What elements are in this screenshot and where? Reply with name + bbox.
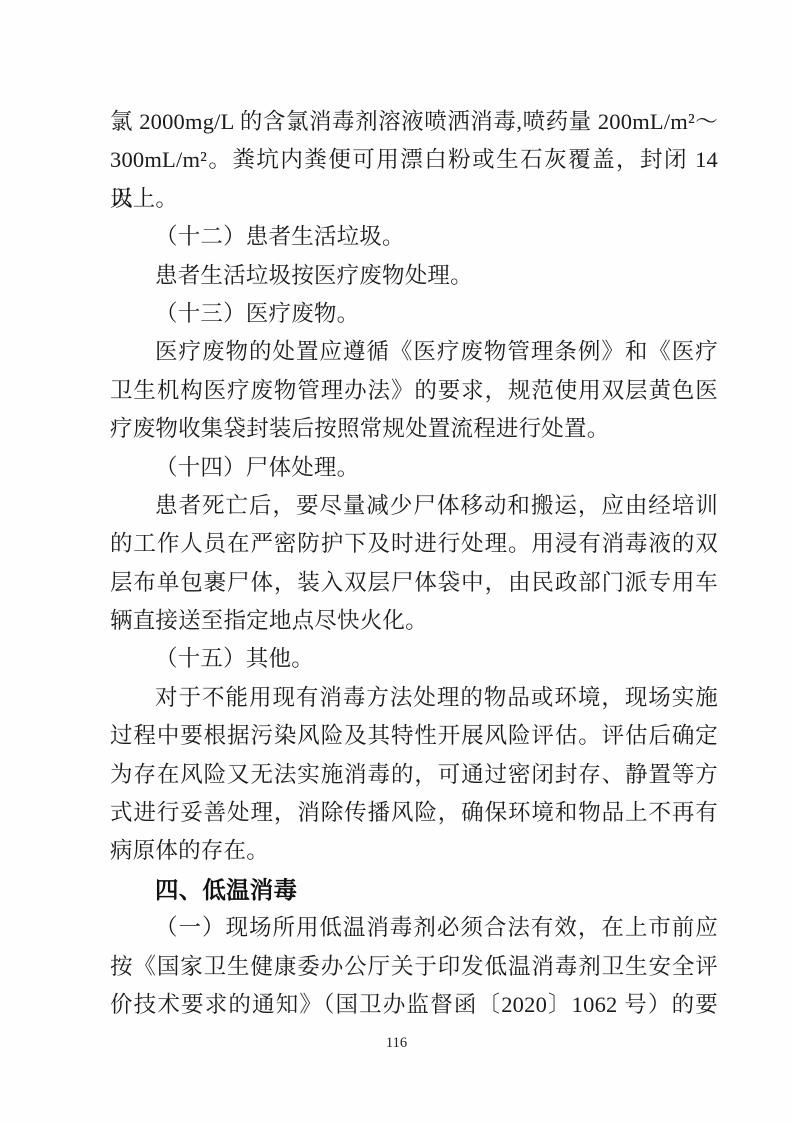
text-line: 辆直接送至指定地点尽快火化。 bbox=[110, 602, 718, 640]
text-line: 价技术要求的通知》（国卫办监督函〔2020〕1062 号）的要 bbox=[110, 986, 718, 1024]
text-line: 过程中要根据污染风险及其特性开展风险评估。评估后确定 bbox=[110, 717, 718, 755]
text-line: 按《国家卫生健康委办公厅关于印发低温消毒剂卫生安全评 bbox=[110, 948, 718, 986]
text-line: （十四）尸体处理。 bbox=[110, 449, 718, 487]
text-line: 为存在风险又无法实施消毒的，可通过密闭封存、静置等方 bbox=[110, 756, 718, 794]
text-line: 患者生活垃圾按医疗废物处理。 bbox=[110, 257, 718, 295]
text-line: 卫生机构医疗废物管理办法》的要求，规范使用双层黄色医 bbox=[110, 372, 718, 410]
text-line: 病原体的存在。 bbox=[110, 832, 718, 870]
document-body: 氯 2000mg/L 的含氯消毒剂溶液喷洒消毒,喷药量 200mL/m²～300… bbox=[110, 103, 718, 1024]
text-line: 300mL/m²。粪坑内粪便可用漂白粉或生石灰覆盖，封闭 14 天 bbox=[110, 141, 718, 179]
text-line: 疗废物收集袋封装后按照常规处置流程进行处置。 bbox=[110, 410, 718, 448]
text-line: （十五）其他。 bbox=[110, 640, 718, 678]
document-page: 氯 2000mg/L 的含氯消毒剂溶液喷洒消毒,喷药量 200mL/m²～300… bbox=[0, 0, 793, 1122]
text-line: 患者死亡后，要尽量减少尸体移动和搬运，应由经培训 bbox=[110, 487, 718, 525]
text-line: （十二）患者生活垃圾。 bbox=[110, 218, 718, 256]
text-line: 的工作人员在严密防护下及时进行处理。用浸有消毒液的双 bbox=[110, 525, 718, 563]
text-line: 医疗废物的处置应遵循《医疗废物管理条例》和《医疗 bbox=[110, 333, 718, 371]
text-line: （一）现场所用低温消毒剂必须合法有效，在上市前应 bbox=[110, 909, 718, 947]
text-line: 式进行妥善处理，消除传播风险，确保环境和物品上不再有 bbox=[110, 794, 718, 832]
page-number: 116 bbox=[0, 1035, 793, 1052]
section-heading: 四、低温消毒 bbox=[110, 871, 718, 909]
text-line: 以上。 bbox=[110, 180, 718, 218]
text-line: （十三）医疗废物。 bbox=[110, 295, 718, 333]
text-line: 对于不能用现有消毒方法处理的物品或环境，现场实施 bbox=[110, 679, 718, 717]
text-line: 氯 2000mg/L 的含氯消毒剂溶液喷洒消毒,喷药量 200mL/m²～ bbox=[110, 103, 718, 141]
text-line: 层布单包裹尸体，装入双层尸体袋中，由民政部门派专用车 bbox=[110, 564, 718, 602]
